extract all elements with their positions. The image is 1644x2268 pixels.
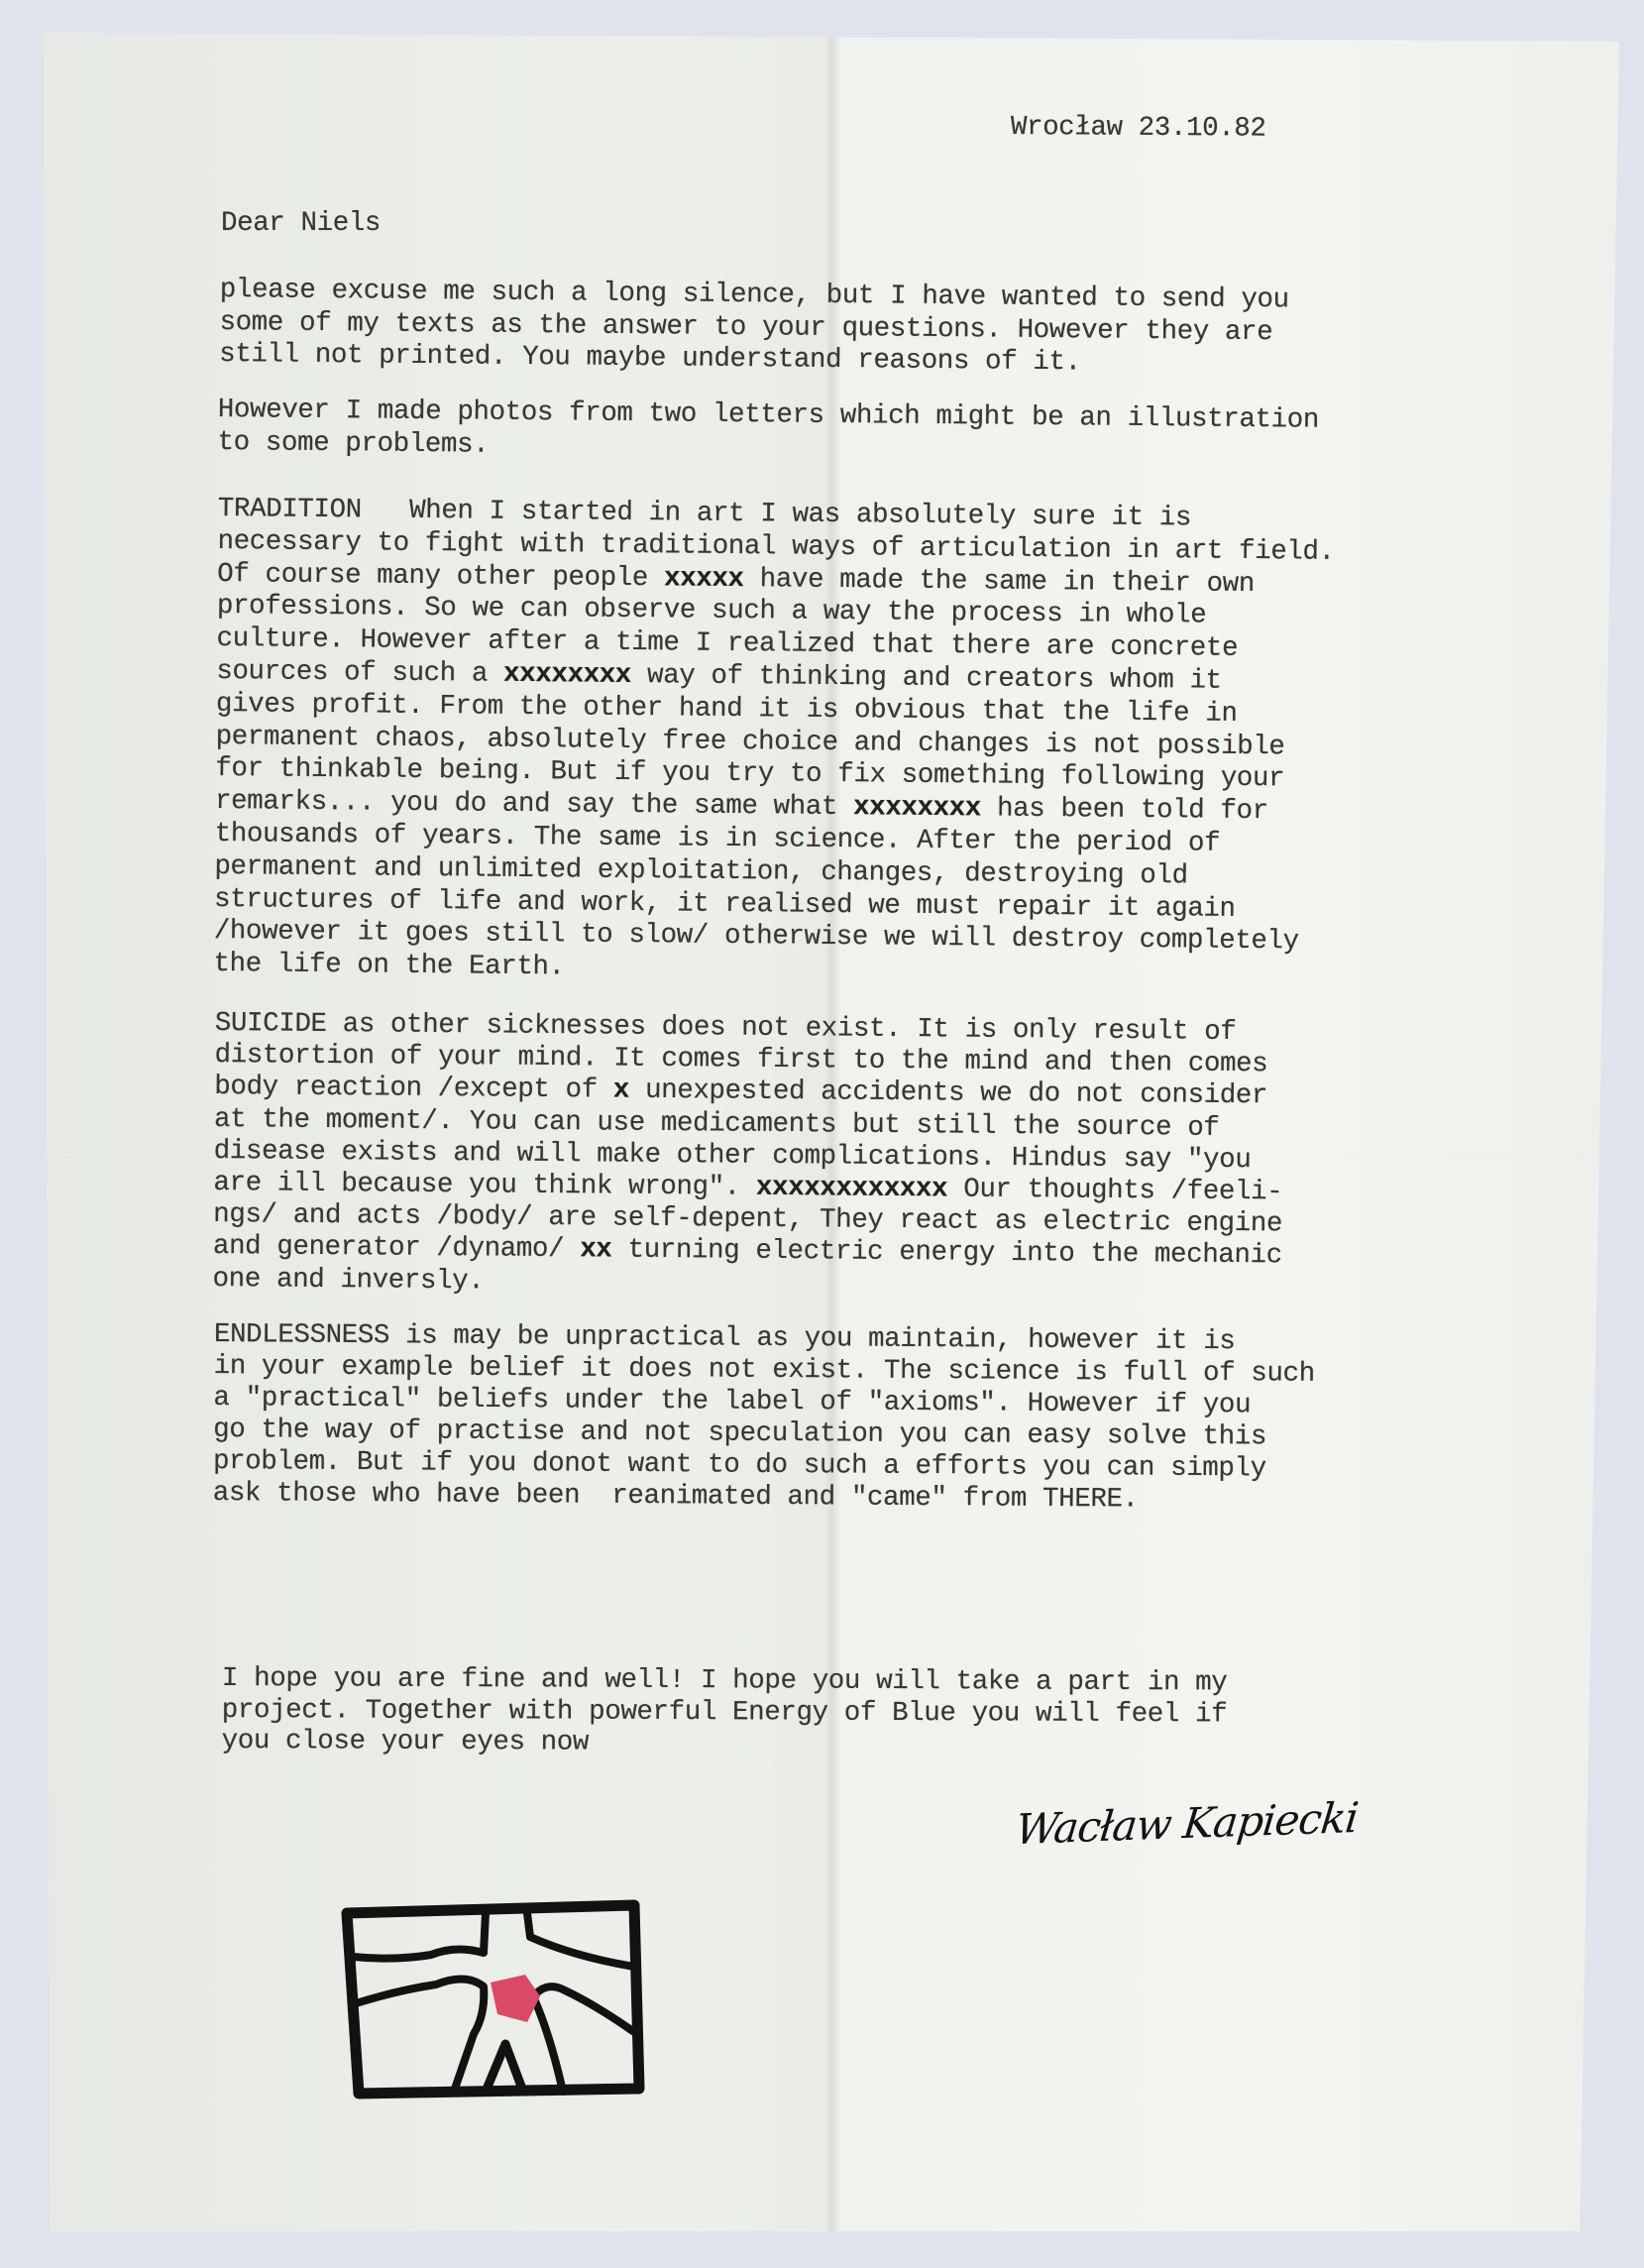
salutation: Dear Niels	[221, 208, 381, 241]
figure-stamp-icon	[337, 1895, 654, 2103]
text-line: you close your eyes now	[222, 1726, 1228, 1761]
paragraph-closing: I hope you are fine and well! I hope you…	[222, 1663, 1228, 1761]
place-date: Wrocław 23.10.82	[1011, 112, 1266, 146]
paragraph-tradition: TRADITION When I started in art I was ab…	[213, 494, 1335, 992]
struck-text: x	[613, 1076, 629, 1106]
struck-text: xxxxxxxx	[503, 659, 631, 691]
paragraph-photos: However I made photos from two letters w…	[217, 395, 1319, 470]
text-line: I hope you are fine and well! I hope you…	[222, 1663, 1228, 1699]
struck-text: xxxxx	[664, 563, 744, 595]
text-line: project. Together with powerful Energy o…	[222, 1694, 1228, 1730]
paragraph-endlessness: ENDLESSNESS is may be unpractical as you…	[213, 1319, 1315, 1518]
struck-text: xx	[580, 1235, 611, 1266]
struck-text: xxxxxxxxxxxx	[756, 1173, 947, 1205]
paragraph-suicide: SUICIDE as other sicknesses does not exi…	[212, 1008, 1283, 1304]
struck-text: xxxxxxxx	[853, 792, 981, 824]
paragraph-intro: please excuse me such a long silence, bu…	[219, 275, 1289, 382]
